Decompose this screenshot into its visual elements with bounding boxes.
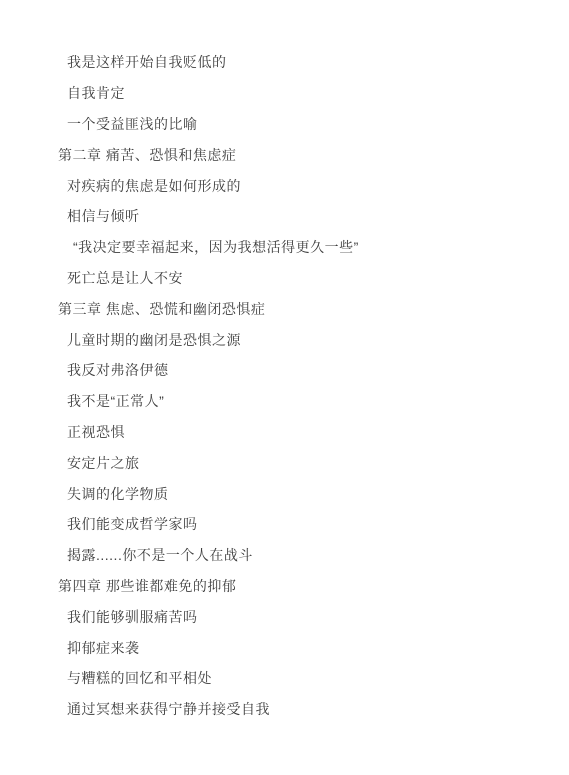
toc-section-entry: 失调的化学物质 — [0, 478, 569, 509]
toc-section-entry: 我不是“正常人” — [0, 386, 569, 417]
toc-chapter-title: 第三章 焦虑、恐慌和幽闭恐惧症 — [0, 293, 569, 324]
toc-section-entry: 死亡总是让人不安 — [0, 263, 569, 294]
toc-section-entry: 自我肯定 — [0, 78, 569, 109]
toc-section-entry: 我们能变成哲学家吗 — [0, 509, 569, 540]
toc-section-entry: 我反对弗洛伊德 — [0, 355, 569, 386]
toc-section-entry: 揭露......你不是一个人在战斗 — [0, 540, 569, 571]
toc-section-entry: 我是这样开始自我贬低的 — [0, 47, 569, 78]
book-contents-page: 我是这样开始自我贬低的自我肯定一个受益匪浅的比喻第二章 痛苦、恐惧和焦虑症对疾病… — [0, 0, 569, 775]
toc-list: 我是这样开始自我贬低的自我肯定一个受益匪浅的比喻第二章 痛苦、恐惧和焦虑症对疾病… — [0, 0, 569, 725]
toc-section-entry: 抑郁症来袭 — [0, 632, 569, 663]
toc-quote-entry: “我决定要幸福起来，因为我想活得更久一些” — [0, 232, 569, 263]
toc-section-entry: 通过冥想来获得宁静并接受自我 — [0, 694, 569, 725]
toc-section-entry: 与糟糕的回忆和平相处 — [0, 663, 569, 694]
toc-section-entry: 对疾病的焦虑是如何形成的 — [0, 170, 569, 201]
toc-chapter-title: 第四章 那些谁都难免的抑郁 — [0, 571, 569, 602]
toc-section-entry: 安定片之旅 — [0, 447, 569, 478]
toc-section-entry: 正视恐惧 — [0, 417, 569, 448]
toc-section-entry: 相信与倾听 — [0, 201, 569, 232]
toc-section-entry: 一个受益匪浅的比喻 — [0, 109, 569, 140]
toc-section-entry: 我们能够驯服痛苦吗 — [0, 601, 569, 632]
toc-section-entry: 儿童时期的幽闭是恐惧之源 — [0, 324, 569, 355]
toc-chapter-title: 第二章 痛苦、恐惧和焦虑症 — [0, 139, 569, 170]
